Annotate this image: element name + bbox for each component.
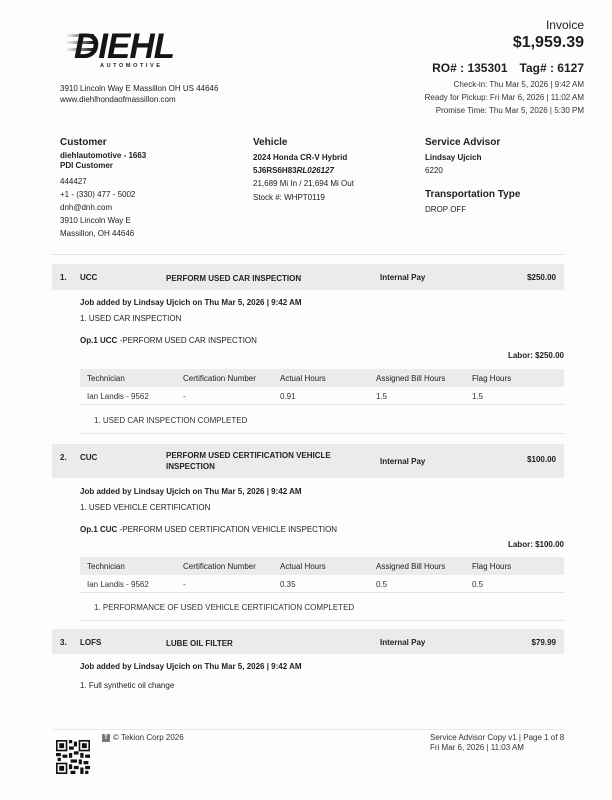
- job-added-by: Job added by Lindsay Ujcich on Thu Mar 5…: [80, 487, 302, 496]
- flag-hours: 1.5: [472, 392, 483, 401]
- customer-heading: Customer: [60, 137, 146, 148]
- invoice-label: Invoice: [425, 18, 584, 32]
- job-number: 3.: [60, 638, 67, 647]
- tekion-copyright: T © Tekion Corp 2026: [102, 733, 184, 742]
- col-actual-hours: Actual Hours: [280, 374, 326, 383]
- job-pay-type: Internal Pay: [380, 273, 425, 282]
- copyright-text: © Tekion Corp 2026: [113, 733, 184, 742]
- customer-name: diehlautomotive - 1663: [60, 151, 146, 161]
- technician-name: Ian Landis - 9562: [87, 392, 149, 401]
- service-advisor-name: Lindsay Ujcich: [425, 151, 520, 164]
- table-row: Ian Landis - 9562 - 0.35 0.5 0.5: [80, 575, 564, 593]
- flag-hours: 0.5: [472, 580, 483, 589]
- vehicle-vin: 5J6RS6H83RL026127: [253, 164, 358, 177]
- job-number: 1.: [60, 273, 67, 282]
- job-code: UCC: [80, 273, 97, 282]
- logo-subtext: AUTOMOTIVE: [100, 63, 163, 69]
- row-divider: [80, 620, 564, 621]
- footer-info: Service Advisor Copy v1 | Page 1 of 8 Fr…: [430, 733, 564, 753]
- technician-note: 1. PERFORMANCE OF USED VEHICLE CERTIFICA…: [94, 603, 354, 612]
- copy-page-info: Service Advisor Copy v1 | Page 1 of 8: [430, 733, 564, 743]
- job-operation: Op.1 UCC -PERFORM USED CAR INSPECTION: [80, 336, 257, 345]
- col-assigned-bill-hours: Assigned Bill Hours: [376, 562, 445, 571]
- technician-name: Ian Landis - 9562: [87, 580, 149, 589]
- assigned-bill-hours: 1.5: [376, 392, 387, 401]
- vehicle-model: 2024 Honda CR-V Hybrid: [253, 151, 358, 164]
- transportation-value: DROP OFF: [425, 203, 520, 216]
- job-header-2: 2. CUC PERFORM USED CERTIFICATION VEHICL…: [52, 444, 564, 478]
- customer-section: Customer diehlautomotive - 1663 PDI Cust…: [60, 137, 146, 240]
- job-pay-type: Internal Pay: [380, 638, 425, 647]
- job-pay-type: Internal Pay: [380, 457, 425, 466]
- op-code: Op.1 UCC: [80, 336, 117, 345]
- vehicle-section: Vehicle 2024 Honda CR-V Hybrid 5J6RS6H83…: [253, 137, 358, 204]
- customer-email: dnh@dnh.com: [60, 201, 146, 214]
- row-divider: [80, 433, 564, 434]
- col-technician: Technician: [87, 562, 125, 571]
- ro-tag-line: RO# : 135301Tag# : 6127: [425, 61, 584, 75]
- job-description: PERFORM USED CAR INSPECTION: [166, 273, 346, 284]
- col-flag-hours: Flag Hours: [472, 562, 511, 571]
- tag-number: Tag# : 6127: [520, 61, 584, 75]
- col-actual-hours: Actual Hours: [280, 562, 326, 571]
- vehicle-mileage: 21,689 Mi In / 21,694 Mi Out: [253, 179, 358, 189]
- job-added-by: Job added by Lindsay Ujcich on Thu Mar 5…: [80, 298, 302, 307]
- invoice-total: $1,959.39: [425, 34, 584, 52]
- job-added-by: Job added by Lindsay Ujcich on Thu Mar 5…: [80, 662, 302, 671]
- assigned-bill-hours: 0.5: [376, 580, 387, 589]
- technician-table-header: Technician Certification Number Actual H…: [80, 369, 564, 387]
- actual-hours: 0.91: [280, 392, 296, 401]
- vin-suffix: RL026127: [297, 166, 334, 175]
- job-code: CUC: [80, 453, 97, 462]
- invoice-summary: Invoice $1,959.39 RO# : 135301Tag# : 612…: [425, 18, 584, 117]
- job-amount: $100.00: [527, 455, 556, 464]
- job-concern: 1. USED CAR INSPECTION: [80, 314, 181, 323]
- job-amount: $79.99: [532, 638, 556, 647]
- customer-id: 444427: [60, 175, 146, 188]
- vehicle-stock: Stock #: WHPT0119: [253, 191, 358, 204]
- technician-table-header: Technician Certification Number Actual H…: [80, 557, 564, 575]
- job-number: 2.: [60, 453, 67, 462]
- dealer-address-block: 3910 Lincoln Way E Massillon OH US 44646…: [60, 83, 218, 105]
- service-advisor-section: Service Advisor Lindsay Ujcich 6220 Tran…: [425, 137, 520, 216]
- job-header-3: 3. LOFS LUBE OIL FILTER Internal Pay $79…: [52, 629, 564, 654]
- actual-hours: 0.35: [280, 580, 296, 589]
- customer-phone: +1 - (330) 477 - 5002: [60, 188, 146, 201]
- job-concern: 1. USED VEHICLE CERTIFICATION: [80, 503, 210, 512]
- certification-number: -: [183, 580, 186, 589]
- section-divider: [52, 254, 564, 255]
- op-description: -PERFORM USED CERTIFICATION VEHICLE INSP…: [117, 525, 337, 534]
- col-certification: Certification Number: [183, 374, 256, 383]
- col-flag-hours: Flag Hours: [472, 374, 511, 383]
- invoice-times: Check-in: Thu Mar 5, 2026 | 9:42 AM Read…: [425, 78, 584, 117]
- job-description: LUBE OIL FILTER: [166, 638, 346, 649]
- service-advisor-id: 6220: [425, 164, 520, 177]
- col-certification: Certification Number: [183, 562, 256, 571]
- labor-amount: Labor: $250.00: [508, 351, 564, 360]
- job-description: PERFORM USED CERTIFICATION VEHICLE INSPE…: [166, 450, 346, 472]
- printed-timestamp: Fri Mar 6, 2026 | 11:03 AM: [430, 743, 564, 753]
- dealer-address: 3910 Lincoln Way E Massillon OH US 44646: [60, 83, 218, 94]
- check-in-time: Check-in: Thu Mar 5, 2026 | 9:42 AM: [425, 78, 584, 91]
- customer-street: 3910 Lincoln Way E: [60, 214, 146, 227]
- labor-amount: Labor: $100.00: [508, 540, 564, 549]
- job-concern: 1. Full synthetic oil change: [80, 681, 174, 690]
- job-header-1: 1. UCC PERFORM USED CAR INSPECTION Inter…: [52, 264, 564, 290]
- dealer-logo: DIEHL AUTOMOTIVE: [66, 27, 196, 73]
- logo-wordmark: DIEHL: [74, 27, 174, 67]
- transportation-heading: Transportation Type: [425, 189, 520, 200]
- footer-divider: [52, 729, 564, 730]
- job-operation: Op.1 CUC -PERFORM USED CERTIFICATION VEH…: [80, 525, 337, 534]
- service-advisor-heading: Service Advisor: [425, 137, 520, 148]
- table-row: Ian Landis - 9562 - 0.91 1.5 1.5: [80, 387, 564, 405]
- job-amount: $250.00: [527, 273, 556, 282]
- technician-note: 1. USED CAR INSPECTION COMPLETED: [94, 416, 247, 425]
- tekion-logo-icon: T: [102, 734, 110, 742]
- promise-time: Promise Time: Thu Mar 5, 2026 | 5:30 PM: [425, 104, 584, 117]
- job-code: LOFS: [80, 638, 101, 647]
- certification-number: -: [183, 392, 186, 401]
- col-assigned-bill-hours: Assigned Bill Hours: [376, 374, 445, 383]
- ro-number: RO# : 135301: [432, 61, 507, 75]
- vehicle-heading: Vehicle: [253, 137, 358, 148]
- op-description: -PERFORM USED CAR INSPECTION: [117, 336, 257, 345]
- op-code: Op.1 CUC: [80, 525, 117, 534]
- customer-city: Massillon, OH 44646: [60, 227, 146, 240]
- vin-prefix: 5J6RS6H83: [253, 166, 297, 175]
- customer-type: PDI Customer: [60, 161, 146, 171]
- qr-code-icon: [56, 740, 90, 774]
- col-technician: Technician: [87, 374, 125, 383]
- dealer-website: www.diehlhondaofmassillon.com: [60, 94, 218, 105]
- ready-for-pickup-time: Ready for Pickup: Fri Mar 6, 2026 | 11:0…: [425, 91, 584, 104]
